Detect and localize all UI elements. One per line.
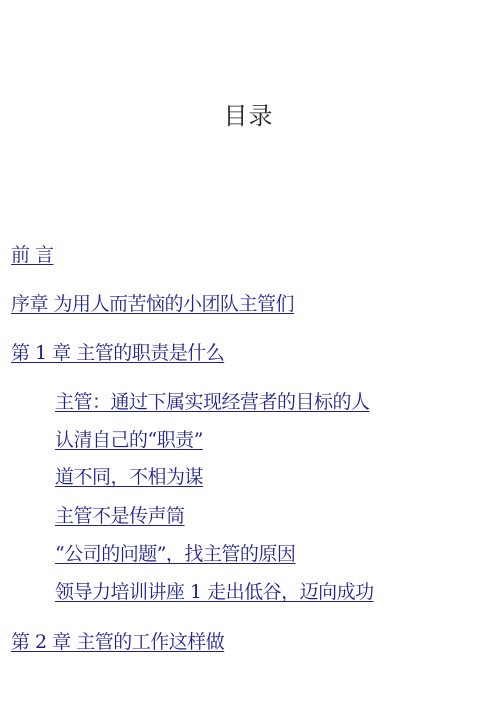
toc-link-section-1-4[interactable]: 主管不是传声筒 xyxy=(55,501,185,528)
toc-link-chapter-2[interactable]: 第 2 章 主管的工作这样做 xyxy=(11,627,224,654)
toc-link-chapter-1[interactable]: 第 1 章 主管的职责是什么 xyxy=(11,338,224,365)
toc-link-preface[interactable]: 前 言 xyxy=(11,240,54,267)
toc-link-section-1-3[interactable]: 道不同，不相为谋 xyxy=(55,462,203,489)
toc-link-section-1-6[interactable]: 领导力培训讲座 1 走出低谷，迈向成功 xyxy=(55,577,374,604)
page-title: 目录 xyxy=(0,96,497,131)
toc-link-prologue[interactable]: 序章 为用人而苦恼的小团队主管们 xyxy=(11,289,294,316)
toc-link-section-1-1[interactable]: 主管：通过下属实现经营者的目标的人 xyxy=(55,387,370,414)
toc-link-section-1-5[interactable]: “公司的问题”，找主管的原因 xyxy=(55,539,295,566)
toc-link-section-1-2[interactable]: 认清自己的“职责” xyxy=(55,425,203,452)
